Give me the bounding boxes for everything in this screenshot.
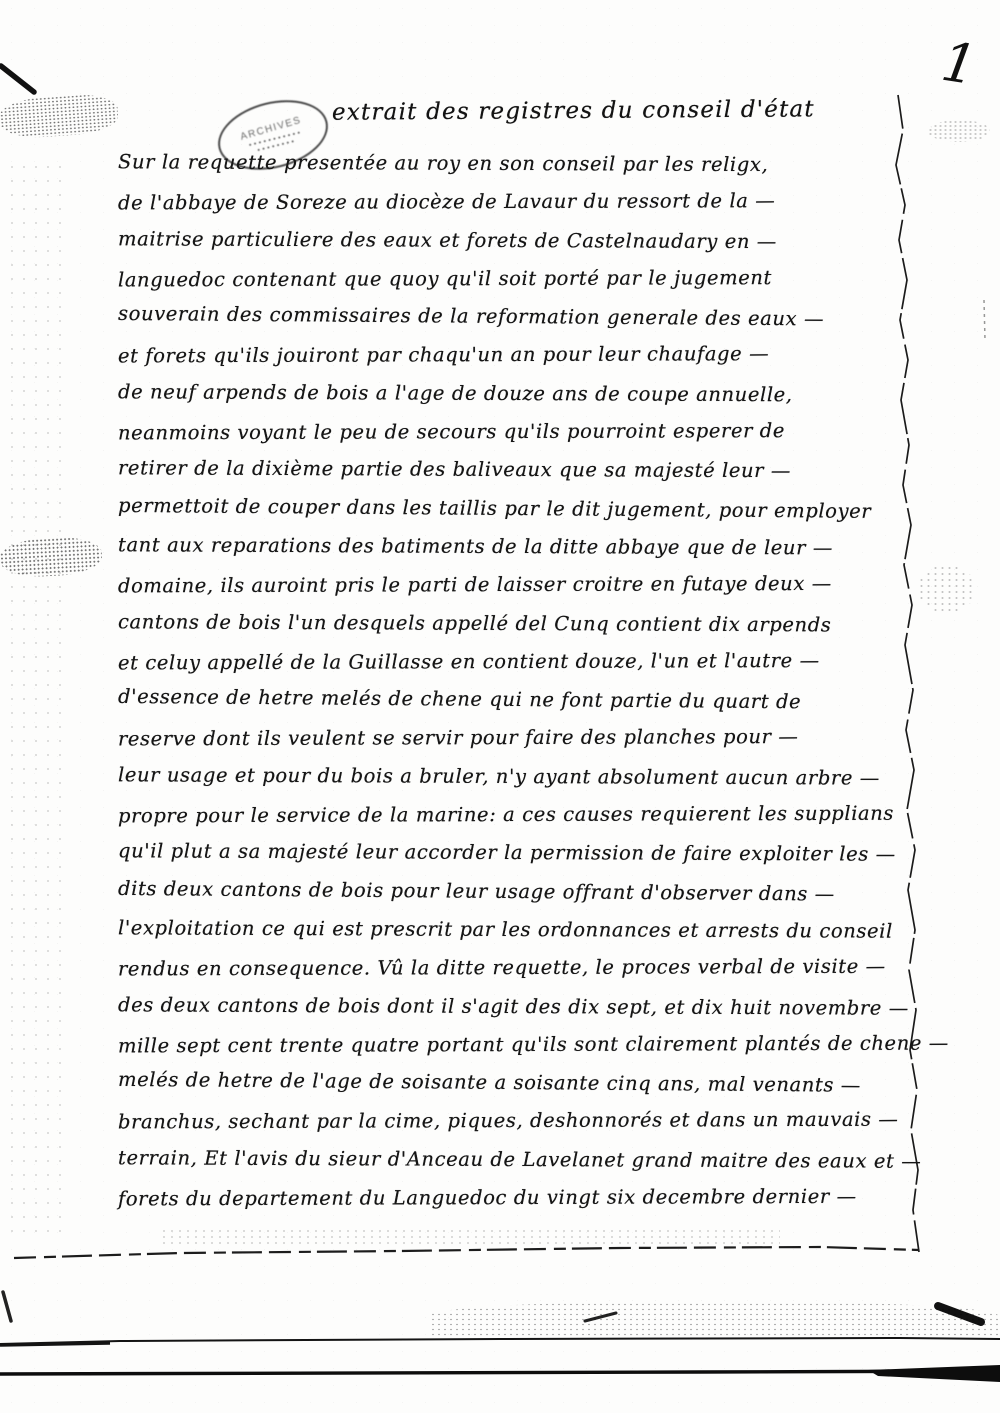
manuscript-body: Sur la requette presentée au roy en son … — [118, 152, 910, 1224]
manuscript-line: qu'il plut a sa majesté leur accorder la… — [118, 840, 910, 882]
manuscript-line: et forets qu'ils jouiront par chaqu'un a… — [118, 342, 910, 383]
page-title: extrait des registres du conseil d'état — [332, 96, 815, 125]
stray-stroke-bottom-left — [3, 1292, 11, 1321]
manuscript-line: propre pour le service de la marine: a c… — [118, 802, 910, 843]
stray-stroke-top-left — [1, 66, 34, 92]
scanner-line-upper — [0, 1338, 1000, 1344]
stray-stroke-bottom-mid — [585, 1313, 616, 1321]
manuscript-line: et celuy appellé de la Guillasse en cont… — [118, 648, 910, 689]
manuscript-line: souverain des commissaires de la reforma… — [118, 302, 910, 347]
manuscript-line: de neuf arpends de bois a l'age de douze… — [118, 380, 910, 422]
manuscript-line: permettoit de couper dans les taillis pa… — [118, 494, 910, 539]
manuscript-line: forets du departement du Languedoc du vi… — [118, 1185, 910, 1226]
manuscript-line: terrain, Et l'avis du sieur d'Anceau de … — [118, 1146, 910, 1188]
manuscript-line: l'exploitation ce qui est prescrit par l… — [118, 916, 910, 958]
manuscript-line: mille sept cent trente quatre portant qu… — [118, 1031, 910, 1072]
manuscript-line: de l'abbaye de Soreze au diocèze de Lava… — [118, 189, 910, 230]
manuscript-line: languedoc contenant que quoy qu'il soit … — [118, 266, 910, 307]
scan-noise-bottom-band — [430, 1302, 998, 1336]
manuscript-line: rendus en consequence. Vû la ditte reque… — [118, 955, 910, 996]
manuscript-line: des deux cantons de bois dont il s'agit … — [118, 993, 910, 1035]
paper-bottom-edge — [14, 1247, 919, 1258]
scanner-line-lower — [0, 1371, 1000, 1374]
manuscript-line: branchus, sechant par la cime, piques, d… — [118, 1108, 910, 1149]
scanned-manuscript-page: ARCHIVES 1 extrait des registres du cons… — [0, 0, 1000, 1413]
manuscript-line: dits deux cantons de bois pour leur usag… — [118, 877, 910, 922]
scan-noise-under-text — [160, 1228, 780, 1246]
scan-noise-top-left — [0, 92, 119, 140]
manuscript-line: retirer de la dixième partie des balivea… — [118, 457, 910, 499]
manuscript-line: reserve dont ils veulent se servir pour … — [118, 725, 910, 766]
scanner-line-blob — [868, 1365, 1000, 1382]
manuscript-line: d'essence de hetre melés de chene qui ne… — [118, 685, 910, 730]
manuscript-line: Sur la requette presentée au roy en son … — [118, 150, 910, 192]
manuscript-line: neanmoins voyant le peu de secours qu'il… — [118, 419, 910, 460]
scan-noise-left-column — [6, 160, 68, 1240]
scan-noise-left-smudge — [0, 535, 103, 578]
manuscript-line: tant aux reparations des batiments de la… — [118, 533, 910, 575]
manuscript-line: melés de hetre de l'age de soisante a so… — [118, 1068, 910, 1113]
scan-noise-right-patch — [918, 565, 976, 613]
manuscript-line: domaine, ils auroint pris le parti de la… — [118, 572, 910, 613]
manuscript-line: cantons de bois l'un desquels appellé de… — [118, 610, 910, 652]
stray-stroke-bottom-right — [938, 1306, 981, 1322]
manuscript-line: leur usage et pour du bois a bruler, n'y… — [118, 763, 910, 805]
page-number: 1 — [937, 30, 981, 98]
manuscript-line: maitrise particuliere des eaux et forets… — [118, 227, 910, 269]
scan-noise-top-right — [928, 120, 990, 142]
stray-mark-right-margin — [984, 300, 985, 340]
